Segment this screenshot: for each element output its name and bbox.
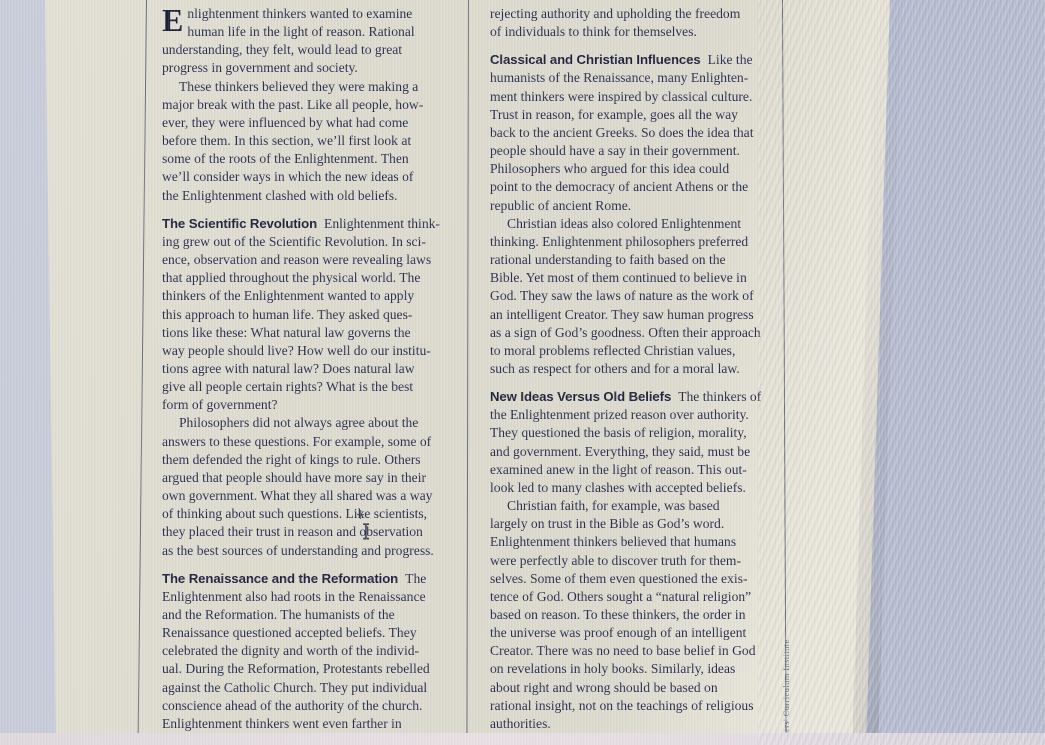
paragraph: Christian ideas also colored Enlightenme… — [490, 215, 790, 378]
section-heading: The Renaissance and the Reformation — [162, 571, 398, 586]
bottom-edge-band — [0, 733, 1045, 745]
paragraph: These thinkers believed they were making… — [162, 78, 480, 205]
section-heading: The Scientific Revolution — [162, 216, 317, 231]
paragraph: Philosophers did not always agree about … — [162, 414, 480, 559]
copyright-watermark: achers' Curriculum Institute — [781, 597, 797, 745]
paragraph: rejecting authority and upholding the fr… — [490, 5, 790, 41]
section-paragraph: The Scientific RevolutionEnlightenment t… — [162, 215, 480, 415]
section-paragraph: The Renaissance and the ReformationThe E… — [162, 570, 480, 733]
text-column-left: Enlightenment thinkers wanted to examine… — [162, 5, 480, 733]
drop-cap: E — [162, 5, 187, 34]
text-column-right: rejecting authority and upholding the fr… — [490, 5, 790, 733]
section-heading: Classical and Christian Influences — [490, 52, 701, 67]
section-paragraph: Classical and Christian InfluencesLike t… — [490, 51, 790, 214]
paragraph: Christian faith, for example, was based … — [490, 497, 790, 733]
textbook-page-photo: Enlightenment thinkers wanted to examine… — [0, 0, 1045, 745]
section-paragraph: New Ideas Versus Old BeliefsThe thinkers… — [490, 388, 790, 497]
section-heading: New Ideas Versus Old Beliefs — [490, 389, 671, 404]
paragraph: Enlightenment thinkers wanted to examine… — [162, 5, 480, 78]
text-cursor-ibeam — [361, 523, 371, 545]
